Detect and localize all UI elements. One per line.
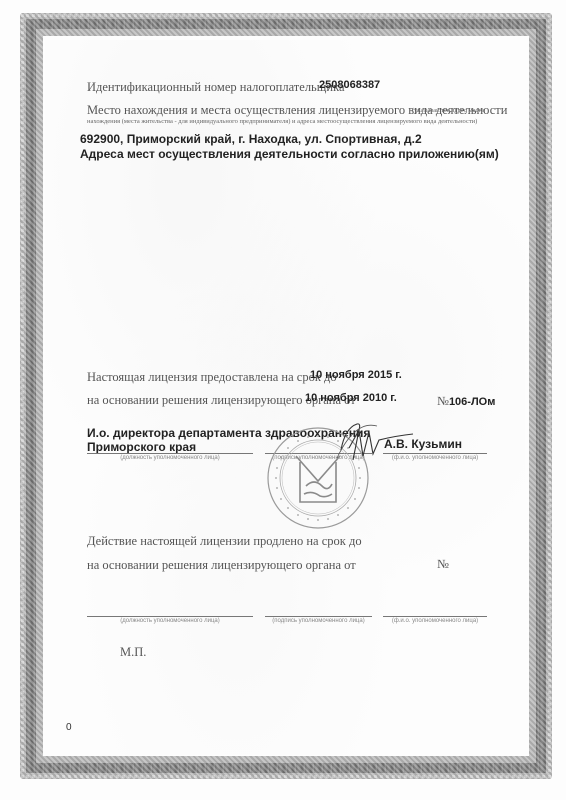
license-number: №106-ЛОм — [437, 392, 495, 410]
extension-number-sign: № — [437, 557, 449, 572]
handwritten-signature-icon — [335, 420, 415, 465]
license-page: Идентификационный номер налогоплательщик… — [0, 0, 566, 800]
location-hint-2: нахождения (места жительства - для индив… — [87, 118, 477, 125]
extension-basis-label: на основании решения лицензирующего орга… — [87, 558, 356, 573]
extension-caption-position: (должность уполномоченного лица) — [87, 618, 253, 624]
seal-label: М.П. — [120, 645, 146, 660]
taxpayer-id-value: 2508068387 — [319, 79, 380, 91]
address-note: Адреса мест осуществления деятельности с… — [80, 147, 499, 161]
caption-position: (должность уполномоченного лица) — [87, 455, 253, 461]
number-sign: № — [437, 394, 449, 408]
basis-date: 10 ноября 2010 г. — [305, 392, 397, 404]
taxpayer-id-label: Идентификационный номер налогоплательщик… — [87, 80, 345, 95]
term-label: Настоящая лицензия предоставлена на срок… — [87, 370, 337, 385]
signatory-position-2: Приморского края — [87, 440, 196, 454]
address-value: 692900, Приморский край, г. Находка, ул.… — [80, 132, 422, 146]
location-hint-1: (указываются адрес места — [412, 107, 484, 114]
position-line — [87, 453, 253, 454]
number-value: 106-ЛОм — [449, 396, 495, 408]
term-value: 10 ноября 2015 г. — [310, 369, 402, 381]
extension-signature-line[interactable] — [265, 616, 372, 617]
extension-caption-signature: (подпись уполномоченного лица) — [265, 618, 372, 624]
extension-name-line[interactable] — [383, 616, 487, 617]
extension-position-line[interactable] — [87, 616, 253, 617]
corner-mark: 0 — [66, 722, 72, 733]
extension-term-label: Действие настоящей лицензии продлено на … — [87, 534, 362, 549]
extension-caption-name: (ф.и.о. уполномоченного лица) — [383, 618, 487, 624]
